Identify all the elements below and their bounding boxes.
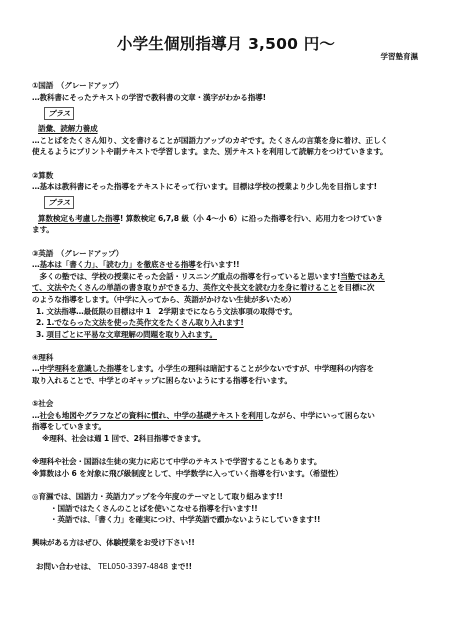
text: 、 [196, 283, 203, 292]
list-item: 3. 項目ごとに平易な文章理解の問題を取り入れます。 [32, 329, 422, 341]
subheading-text: 語彙、読解力養成 [38, 124, 98, 133]
section-text: …教科書にそったテキストの学習で教科書の文章・漢字がわかる指導! [32, 92, 422, 104]
theme-intro: ◎育濕では、国語力・英語力アップを今年度のテーマとして取り組みます!! [32, 491, 422, 503]
theme-bullet: ・英語では、「書く力」を確実につけ、中学英語で躓かないようにしていきます!! [32, 514, 422, 526]
plus-badge: プラス [44, 196, 74, 209]
section-english: ③英語 （グレードアップ） …基本は「書く力」、「読む力」を徹底させる指導を行い… [32, 248, 422, 341]
section-text: …基本は教科書にそった指導をテキストにそって行います。目標は学校の授業より少し先… [32, 181, 422, 193]
list-item: 2. 1.でならった文法を使った英作文をたくさん取り入れます! [32, 317, 422, 329]
list-number: 2. [36, 318, 44, 327]
section-text: …ことばをたくさん知り、文を書けることが国語力アップのカギです。たくさんの言葉を… [32, 135, 422, 147]
note-item: ※理科や社会・国語は生徒の実力に応じて中学のテキストで学習することもあります。 [32, 456, 422, 468]
section-math: ②算数 …基本は教科書にそった指導をテキストにそって行います。目標は学校の授業よ… [32, 170, 422, 236]
section-subheading: 語彙、読解力養成 [32, 123, 422, 135]
contact-prefix: お問い合わせは、 [36, 562, 96, 571]
spacer [32, 549, 422, 561]
spacer [32, 387, 422, 399]
section-text: のような指導をします。（中学に入ってから、英語がかけない生徒が多いため） [32, 294, 422, 306]
text: を行います!! [196, 260, 240, 269]
section-heading: ②算数 [32, 170, 422, 182]
call-to-action: 興味がある方はぜひ、体験授業をお受け下さい!! お問い合わせは、 TEL050-… [32, 537, 422, 572]
underlined-text: 算数検定も考慮した指導 [38, 214, 120, 223]
theme-bullet: ・国語ではたくさんのことばを使いこなせる指導を行います!! [32, 503, 422, 515]
text: 多くの塾では、学校の授業にそった会話・リスニング重点の指導を行っていると思います… [32, 272, 340, 281]
section-note: ※理科、社会は週 1 回で、2科目指導できます。 [32, 433, 422, 445]
text: をします。小学生の理科は暗記することが少ないですが、中学理科の内容を [121, 364, 373, 373]
underlined-text: 英作文や長文を読む力を身に着けること [203, 283, 337, 292]
plus-badge: プラス [44, 107, 74, 120]
section-heading: ⑤社会 [32, 398, 422, 410]
document-page: 小学生個別指導月 3,500 円〜 学習塾育濕 ①国語 （グレードアップ） …教… [0, 0, 452, 640]
list-text: 文法指導…最低限の目標は中 1 2学期までにならう文法事項の取得です。 [46, 307, 296, 316]
text: を目標に次 [337, 283, 374, 292]
section-text: …社会も地図やグラフなどの資料に慣れ、中学の基礎テキストを利用しながら、中学にい… [32, 410, 422, 422]
section-text: 使えるようにプリントや副テキストで学習します。また、別テキストを利用して読解力を… [32, 146, 422, 158]
plus-row: プラス [32, 193, 422, 213]
organization-name: 学習塾育濕 [381, 51, 419, 62]
section-text: 指導をしていきます。 [32, 421, 422, 433]
underlined-text: 中学理科を意識した指導 [39, 364, 121, 373]
spacer [32, 158, 422, 170]
underlined-text: 基本は「書く力」、「読む力」を徹底させる指導 [39, 260, 195, 269]
note-item: ※算数は小 6 を対象に飛び級制度として、中学数学に入っていく指導を行います。（… [32, 468, 422, 480]
underlined-text: て、文法やたくさんの単語の書き取りができる力 [32, 283, 196, 292]
list-text: 1.でならった文法を使った英作文をたくさん取り入れます! [46, 318, 243, 327]
section-japanese: ①国語 （グレードアップ） …教科書にそったテキストの学習で教科書の文章・漢字が… [32, 80, 422, 158]
section-heading: ④理科 [32, 352, 422, 364]
underlined-text: 当塾ではあえ [340, 272, 385, 281]
invite-text: 興味がある方はぜひ、体験授業をお受け下さい!! [32, 537, 422, 549]
section-text: 取り入れることで、中学とのギャップに困らないようにする指導を行います。 [32, 375, 422, 387]
contact-line: お問い合わせは、 TEL050-3397-4848 まで!! [32, 561, 422, 573]
section-text: 多くの塾では、学校の授業にそった会話・リスニング重点の指導を行っていると思います… [32, 271, 422, 283]
section-social: ⑤社会 …社会も地図やグラフなどの資料に慣れ、中学の基礎テキストを利用しながら、… [32, 398, 422, 444]
plus-row: プラス [32, 103, 422, 123]
spacer [32, 526, 422, 538]
text: しながら、中学にいって困らない [263, 411, 375, 420]
section-science: ④理科 …中学理科を意識した指導をします。小学生の理科は暗記することが少ないです… [32, 352, 422, 387]
section-text: ます。 [32, 224, 422, 236]
section-text: て、文法やたくさんの単語の書き取りができる力、英作文や長文を読む力を身に着けるこ… [32, 282, 422, 294]
section-text: …基本は「書く力」、「読む力」を徹底させる指導を行います!! [32, 259, 422, 271]
theme: ◎育濕では、国語力・英語力アップを今年度のテーマとして取り組みます!! ・国語で… [32, 491, 422, 526]
text: ! 算数検定 6,7,8 級（小 4〜小 6）に沿った指導を行い、応用力をつけて… [120, 214, 383, 223]
underlined-text: 社会も地図やグラフなどの資料に慣れ、中学の基礎テキストを利用 [39, 411, 263, 420]
spacer [32, 445, 422, 457]
spacer [32, 236, 422, 248]
spacer [32, 340, 422, 352]
list-number: 3. [36, 330, 44, 339]
document-body: ①国語 （グレードアップ） …教科書にそったテキストの学習で教科書の文章・漢字が… [32, 80, 422, 572]
section-text: 算数検定も考慮した指導! 算数検定 6,7,8 級（小 4〜小 6）に沿った指導… [32, 213, 422, 225]
spacer [32, 479, 422, 491]
section-text: …中学理科を意識した指導をします。小学生の理科は暗記することが少ないですが、中学… [32, 363, 422, 375]
list-item: 1. 文法指導…最低限の目標は中 1 2学期までにならう文法事項の取得です。 [32, 306, 422, 318]
contact-suffix: まで!! [168, 562, 192, 571]
section-heading: ①国語 （グレードアップ） [32, 80, 422, 92]
section-heading: ③英語 （グレードアップ） [32, 248, 422, 260]
phone-number: TEL050-3397-4848 [98, 562, 168, 571]
notes: ※理科や社会・国語は生徒の実力に応じて中学のテキストで学習することもあります。 … [32, 456, 422, 479]
list-text: 項目ごとに平易な文章理解の問題を取り入れます。 [46, 330, 217, 339]
list-number: 1. [36, 307, 44, 316]
